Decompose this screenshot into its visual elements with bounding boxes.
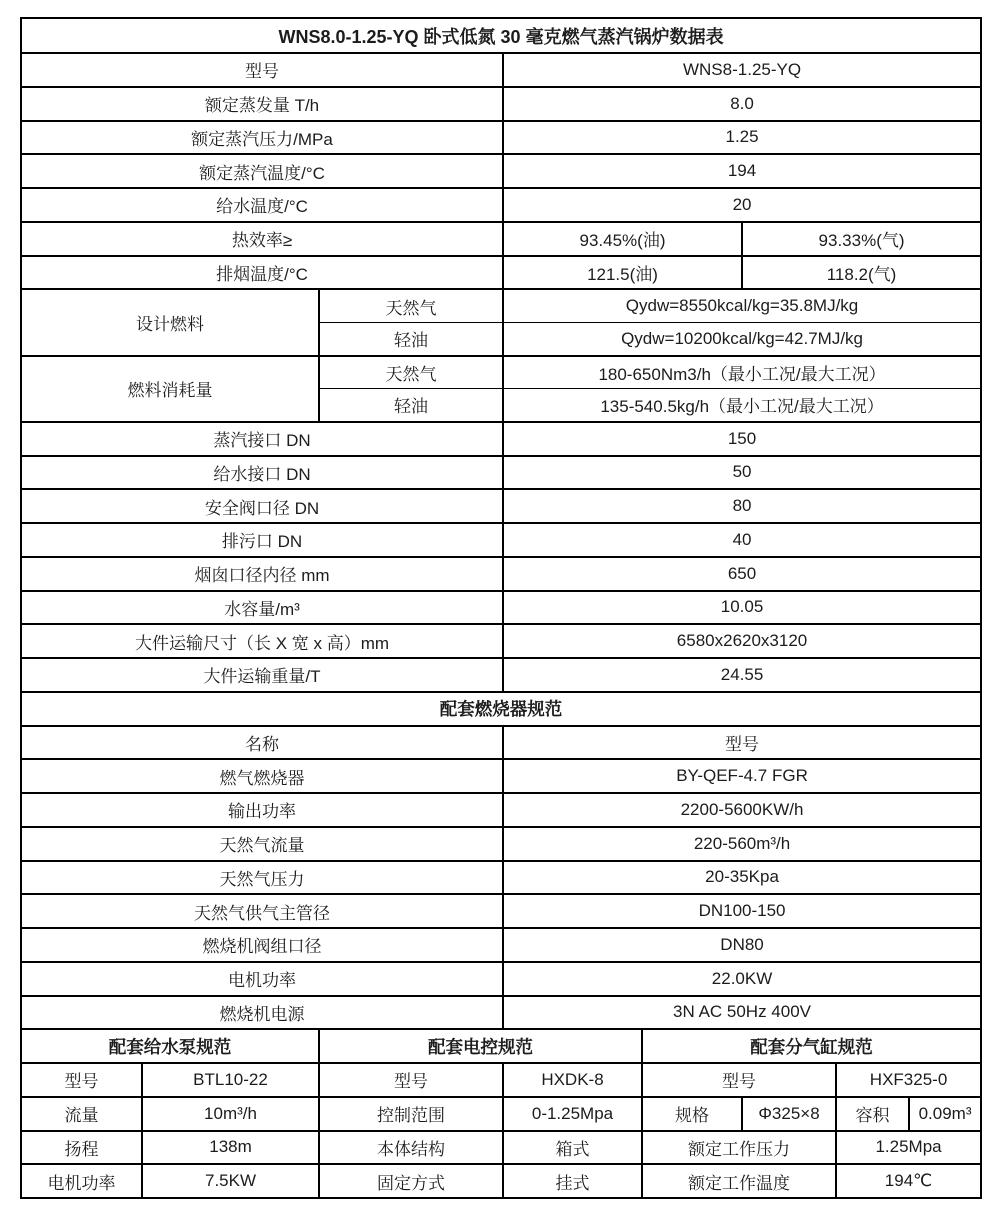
- design-fuel-value-oil: Qydw=10200kcal/kg=42.7MJ/kg: [503, 322, 981, 355]
- table-row: 扬程 138m 本体结构 箱式 额定工作压力 1.25Mpa: [21, 1131, 981, 1165]
- pump-head-value: 138m: [142, 1131, 319, 1165]
- safety-valve-port-label: 安全阀口径 DN: [21, 489, 503, 523]
- fuel-consumption-label: 燃料消耗量: [21, 356, 319, 422]
- valve-group-value: DN80: [503, 928, 981, 962]
- cylinder-spec-value: Φ325×8: [742, 1097, 836, 1131]
- cylinder-work-pressure-label: 额定工作压力: [642, 1131, 836, 1165]
- boiler-data-table: WNS8.0-1.25-YQ 卧式低氮 30 毫克燃气蒸汽锅炉数据表 型号 WN…: [20, 17, 982, 1199]
- pump-flow-label: 流量: [21, 1097, 142, 1131]
- control-range-value: 0-1.25Mpa: [503, 1097, 642, 1131]
- valve-group-label: 燃烧机阀组口径: [21, 928, 503, 962]
- power-supply-value: 3N AC 50Hz 400V: [503, 996, 981, 1030]
- blowdown-port-value: 40: [503, 523, 981, 557]
- control-model-value: HXDK-8: [503, 1063, 642, 1097]
- chimney-diameter-value: 650: [503, 557, 981, 591]
- thermal-efficiency-oil: 93.45%(油): [503, 222, 742, 256]
- table-row: 型号 BTL10-22 型号 HXDK-8 型号 HXF325-0: [21, 1063, 981, 1097]
- rated-evaporation-label: 额定蒸发量 T/h: [21, 87, 503, 121]
- cylinder-work-temp-value: 194℃: [836, 1164, 981, 1198]
- table-row: 大件运输重量/T 24.55: [21, 658, 981, 692]
- table-row: 排烟温度/°C 121.5(油) 118.2(气): [21, 256, 981, 290]
- title-row: WNS8.0-1.25-YQ 卧式低氮 30 毫克燃气蒸汽锅炉数据表: [21, 18, 981, 53]
- design-fuel-value-gas: Qydw=8550kcal/kg=35.8MJ/kg: [503, 289, 981, 322]
- pump-head-label: 扬程: [21, 1131, 142, 1165]
- cylinder-section-header: 配套分气缸规范: [642, 1029, 981, 1063]
- table-row: 额定蒸汽压力/MPa 1.25: [21, 121, 981, 155]
- gas-burner-label: 燃气燃烧器: [21, 759, 503, 793]
- control-structure-label: 本体结构: [319, 1131, 503, 1165]
- control-mounting-value: 挂式: [503, 1164, 642, 1198]
- gas-burner-value: BY-QEF-4.7 FGR: [503, 759, 981, 793]
- table-row: 排污口 DN 40: [21, 523, 981, 557]
- blowdown-port-label: 排污口 DN: [21, 523, 503, 557]
- table-row: 天然气压力 20-35Kpa: [21, 861, 981, 895]
- table-row: 电机功率 22.0KW: [21, 962, 981, 996]
- power-supply-label: 燃烧机电源: [21, 996, 503, 1030]
- pump-model-value: BTL10-22: [142, 1063, 319, 1097]
- burner-section-header: 配套燃烧器规范: [21, 692, 981, 726]
- model-label: 型号: [21, 53, 503, 87]
- table-row: 名称 型号: [21, 726, 981, 760]
- rated-steam-pressure-label: 额定蒸汽压力/MPa: [21, 121, 503, 155]
- cylinder-volume-label: 容积: [836, 1097, 909, 1131]
- burner-name-label: 名称: [21, 726, 503, 760]
- section-header-row: 配套燃烧器规范: [21, 692, 981, 726]
- pump-motor-power-label: 电机功率: [21, 1164, 142, 1198]
- control-range-label: 控制范围: [319, 1097, 503, 1131]
- cylinder-model-value: HXF325-0: [836, 1063, 981, 1097]
- steam-port-value: 150: [503, 422, 981, 456]
- safety-valve-port-value: 80: [503, 489, 981, 523]
- exhaust-temp-gas: 118.2(气): [742, 256, 981, 290]
- table-row: 给水温度/°C 20: [21, 188, 981, 222]
- transport-weight-label: 大件运输重量/T: [21, 658, 503, 692]
- cylinder-work-temp-label: 额定工作温度: [642, 1164, 836, 1198]
- table-row: 烟囱口径内径 mm 650: [21, 557, 981, 591]
- table-row: 额定蒸汽温度/°C 194: [21, 154, 981, 188]
- thermal-efficiency-label: 热效率≥: [21, 222, 503, 256]
- model-value: WNS8-1.25-YQ: [503, 53, 981, 87]
- table-row: 额定蒸发量 T/h 8.0: [21, 87, 981, 121]
- steam-port-label: 蒸汽接口 DN: [21, 422, 503, 456]
- table-row: 天然气流量 220-560m³/h: [21, 827, 981, 861]
- table-title: WNS8.0-1.25-YQ 卧式低氮 30 毫克燃气蒸汽锅炉数据表: [21, 18, 981, 53]
- table-row: 输出功率 2200-5600KW/h: [21, 793, 981, 827]
- water-capacity-value: 10.05: [503, 591, 981, 625]
- fuel-consumption-sub-gas: 天然气: [319, 356, 503, 389]
- table-row: 安全阀口径 DN 80: [21, 489, 981, 523]
- pump-model-label: 型号: [21, 1063, 142, 1097]
- exhaust-temp-label: 排烟温度/°C: [21, 256, 503, 290]
- cylinder-work-pressure-value: 1.25Mpa: [836, 1131, 981, 1165]
- table-row: 水容量/m³ 10.05: [21, 591, 981, 625]
- water-capacity-label: 水容量/m³: [21, 591, 503, 625]
- transport-size-label: 大件运输尺寸（长 X 宽 x 高）mm: [21, 624, 503, 658]
- burner-motor-power-value: 22.0KW: [503, 962, 981, 996]
- gas-main-pipe-value: DN100-150: [503, 894, 981, 928]
- table-row: 给水接口 DN 50: [21, 456, 981, 490]
- table-row: 燃烧机阀组口径 DN80: [21, 928, 981, 962]
- gas-pressure-label: 天然气压力: [21, 861, 503, 895]
- page: WNS8.0-1.25-YQ 卧式低氮 30 毫克燃气蒸汽锅炉数据表 型号 WN…: [0, 0, 1000, 1223]
- control-section-header: 配套电控规范: [319, 1029, 642, 1063]
- pump-section-header: 配套给水泵规范: [21, 1029, 319, 1063]
- cylinder-model-label: 型号: [642, 1063, 836, 1097]
- table-row: 流量 10m³/h 控制范围 0-1.25Mpa 规格 Φ325×8 容积 0.…: [21, 1097, 981, 1131]
- feed-water-temp-value: 20: [503, 188, 981, 222]
- table-row: 设计燃料 天然气 Qydw=8550kcal/kg=35.8MJ/kg: [21, 289, 981, 322]
- table-row: 热效率≥ 93.45%(油) 93.33%(气): [21, 222, 981, 256]
- fuel-consumption-value-gas: 180-650Nm3/h（最小工况/最大工况）: [503, 356, 981, 389]
- feed-water-temp-label: 给水温度/°C: [21, 188, 503, 222]
- table-row: 燃气燃烧器 BY-QEF-4.7 FGR: [21, 759, 981, 793]
- feed-water-port-label: 给水接口 DN: [21, 456, 503, 490]
- pump-flow-value: 10m³/h: [142, 1097, 319, 1131]
- control-mounting-label: 固定方式: [319, 1164, 503, 1198]
- cylinder-spec-label: 规格: [642, 1097, 742, 1131]
- chimney-diameter-label: 烟囱口径内径 mm: [21, 557, 503, 591]
- rated-evaporation-value: 8.0: [503, 87, 981, 121]
- gas-flow-value: 220-560m³/h: [503, 827, 981, 861]
- table-row: 电机功率 7.5KW 固定方式 挂式 额定工作温度 194℃: [21, 1164, 981, 1198]
- cylinder-volume-value: 0.09m³: [909, 1097, 981, 1131]
- gas-flow-label: 天然气流量: [21, 827, 503, 861]
- burner-motor-power-label: 电机功率: [21, 962, 503, 996]
- feed-water-port-value: 50: [503, 456, 981, 490]
- design-fuel-label: 设计燃料: [21, 289, 319, 355]
- fuel-consumption-value-oil: 135-540.5kg/h（最小工况/最大工况）: [503, 389, 981, 422]
- pump-motor-power-value: 7.5KW: [142, 1164, 319, 1198]
- rated-steam-temp-label: 额定蒸汽温度/°C: [21, 154, 503, 188]
- accessory-headers-row: 配套给水泵规范 配套电控规范 配套分气缸规范: [21, 1029, 981, 1063]
- design-fuel-sub-gas: 天然气: [319, 289, 503, 322]
- rated-steam-pressure-value: 1.25: [503, 121, 981, 155]
- control-model-label: 型号: [319, 1063, 503, 1097]
- transport-size-value: 6580x2620x3120: [503, 624, 981, 658]
- transport-weight-value: 24.55: [503, 658, 981, 692]
- table-row: 燃烧机电源 3N AC 50Hz 400V: [21, 996, 981, 1030]
- table-row: 天然气供气主管径 DN100-150: [21, 894, 981, 928]
- table-row: 型号 WNS8-1.25-YQ: [21, 53, 981, 87]
- table-row: 燃料消耗量 天然气 180-650Nm3/h（最小工况/最大工况）: [21, 356, 981, 389]
- output-power-value: 2200-5600KW/h: [503, 793, 981, 827]
- control-structure-value: 箱式: [503, 1131, 642, 1165]
- fuel-consumption-sub-oil: 轻油: [319, 389, 503, 422]
- gas-pressure-value: 20-35Kpa: [503, 861, 981, 895]
- gas-main-pipe-label: 天然气供气主管径: [21, 894, 503, 928]
- exhaust-temp-oil: 121.5(油): [503, 256, 742, 290]
- thermal-efficiency-gas: 93.33%(气): [742, 222, 981, 256]
- design-fuel-sub-oil: 轻油: [319, 322, 503, 355]
- table-row: 蒸汽接口 DN 150: [21, 422, 981, 456]
- table-row: 大件运输尺寸（长 X 宽 x 高）mm 6580x2620x3120: [21, 624, 981, 658]
- output-power-label: 输出功率: [21, 793, 503, 827]
- rated-steam-temp-value: 194: [503, 154, 981, 188]
- burner-name-value: 型号: [503, 726, 981, 760]
